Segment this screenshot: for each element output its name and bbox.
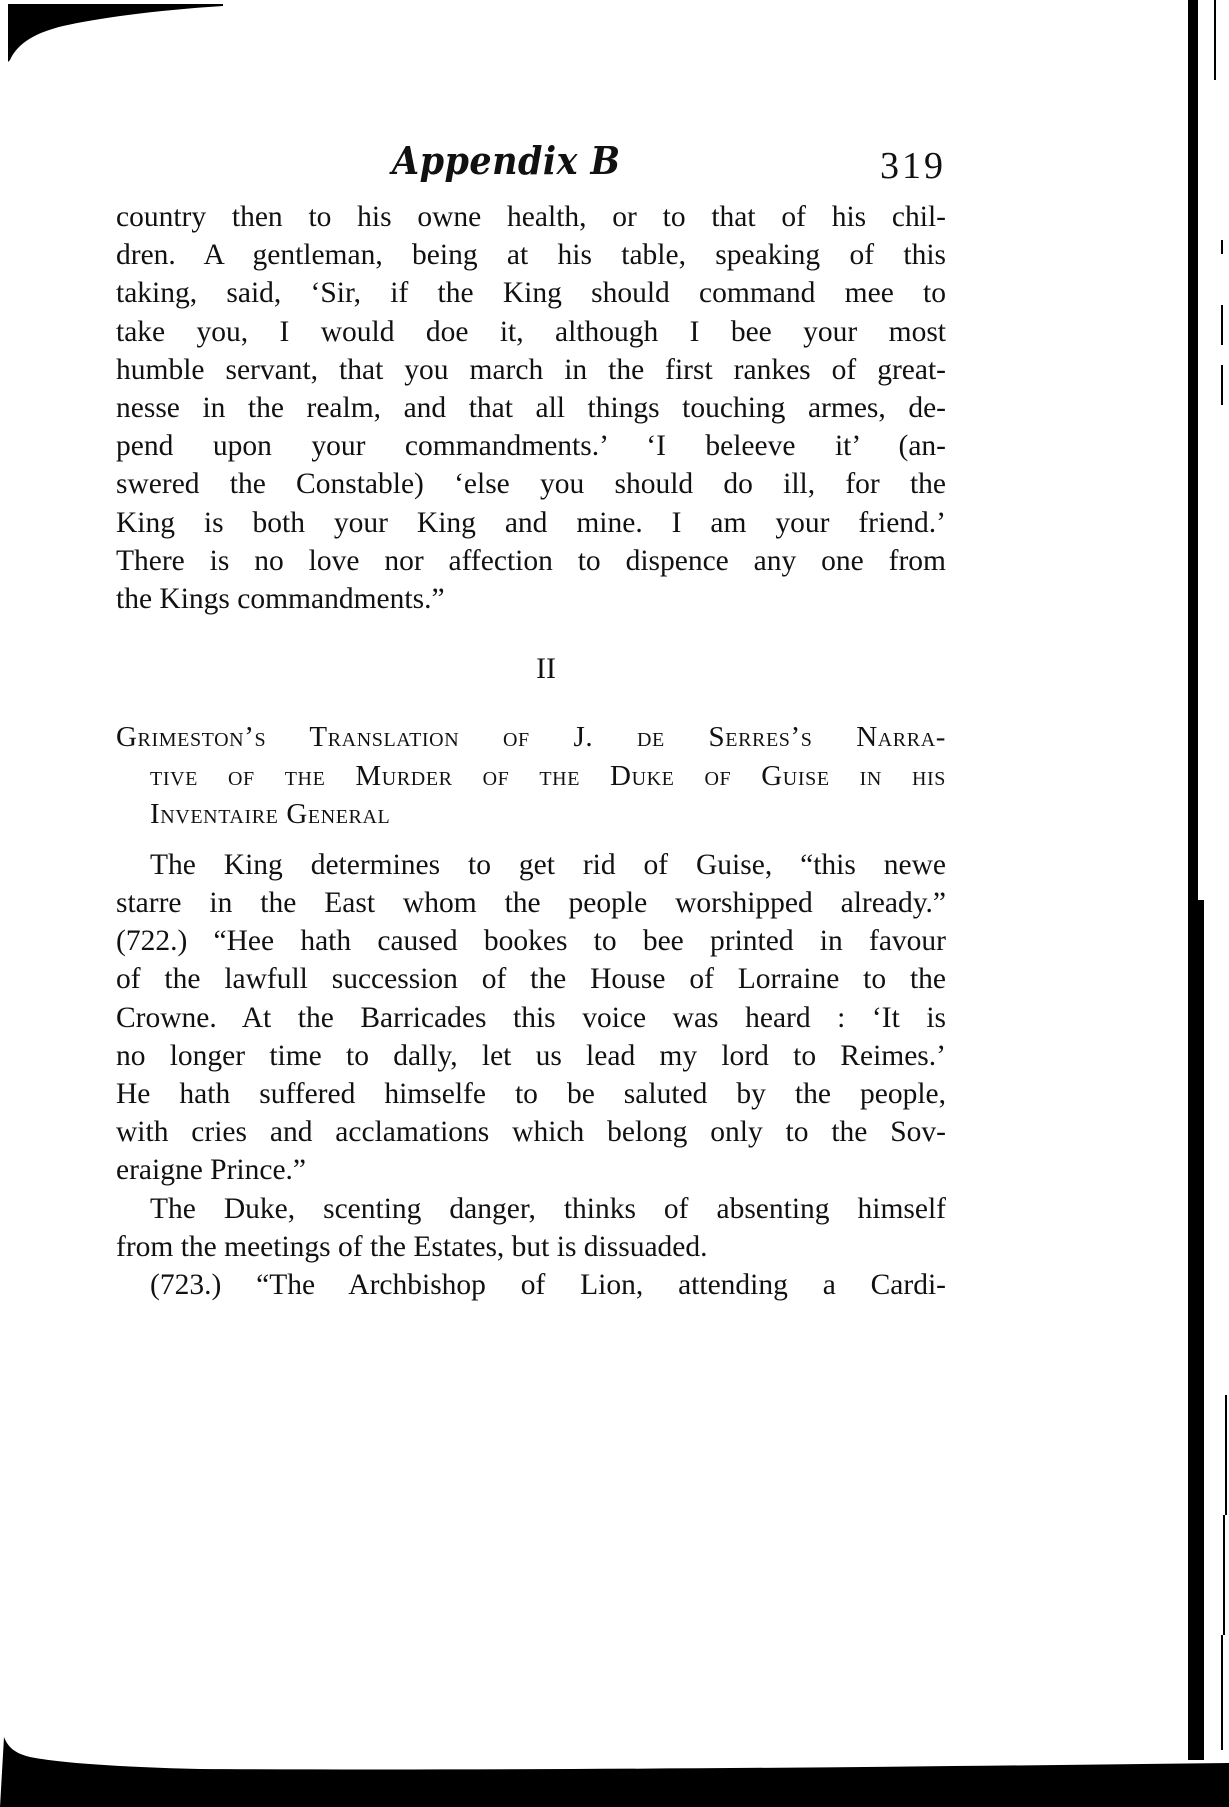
text-line: The Duke, scenting danger, thinks of abs… bbox=[116, 1190, 946, 1228]
continued-passage: country then to his owne health, or to t… bbox=[116, 198, 946, 618]
running-head: Appendix B 319 bbox=[116, 138, 946, 198]
text-line: Crowne. At the Barricades this voice was… bbox=[116, 999, 946, 1037]
paragraph: The Duke, scenting danger, thinks of abs… bbox=[116, 1190, 946, 1266]
book-page: Appendix B 319 country then to his owne … bbox=[116, 138, 946, 1304]
text-line: There is no love nor affection to dispen… bbox=[116, 542, 946, 580]
text-line: King is both your King and mine. I am yo… bbox=[116, 504, 946, 542]
scan-shadow-bottom-edge bbox=[0, 1737, 1229, 1807]
page-number: 319 bbox=[880, 144, 946, 188]
running-head-title: Appendix B bbox=[392, 138, 621, 183]
paragraph: The King determines to get rid of Guise,… bbox=[116, 846, 946, 1190]
text-line: (723.) “The Archbishop of Lion, attendin… bbox=[116, 1266, 946, 1304]
text-line: humble servant, that you march in the fi… bbox=[116, 351, 946, 389]
text-line: take you, I would doe it, although I bee… bbox=[116, 313, 946, 351]
scan-shadow-top-left bbox=[8, 4, 223, 62]
heading-line: Grimeston’s Translation of J. de Serres’… bbox=[116, 718, 946, 757]
scan-shadow-right-edge bbox=[1180, 0, 1229, 1807]
text-line: The King determines to get rid of Guise,… bbox=[116, 846, 946, 884]
text-line: nesse in the realm, and that all things … bbox=[116, 389, 946, 427]
section-body: The King determines to get rid of Guise,… bbox=[116, 846, 946, 1304]
section-number: II bbox=[116, 648, 946, 690]
text-line: country then to his owne health, or to t… bbox=[116, 198, 946, 236]
text-line: swered the Constable) ‘else you should d… bbox=[116, 465, 946, 503]
text-line: taking, said, ‘Sir, if the King should c… bbox=[116, 274, 946, 312]
text-line: eraigne Prince.” bbox=[116, 1151, 946, 1189]
text-line: no longer time to dally, let us lead my … bbox=[116, 1037, 946, 1075]
section-heading: Grimeston’s Translation of J. de Serres’… bbox=[116, 718, 946, 834]
heading-line: tive of the Murder of the Duke of Guise … bbox=[116, 757, 946, 796]
text-line: from the meetings of the Estates, but is… bbox=[116, 1228, 946, 1266]
text-line: dren. A gentleman, being at his table, s… bbox=[116, 236, 946, 274]
heading-line: Inventaire General bbox=[116, 795, 946, 834]
paragraph: (723.) “The Archbishop of Lion, attendin… bbox=[116, 1266, 946, 1304]
text-line: starre in the East whom the people worsh… bbox=[116, 884, 946, 922]
text-line: the Kings commandments.” bbox=[116, 580, 946, 618]
text-line: pend upon your commandments.’ ‘I beleeve… bbox=[116, 427, 946, 465]
text-line: He hath suffered himselfe to be saluted … bbox=[116, 1075, 946, 1113]
text-line: of the lawfull succession of the House o… bbox=[116, 960, 946, 998]
text-line: (722.) “Hee hath caused bookes to bee pr… bbox=[116, 922, 946, 960]
text-line: with cries and acclamations which belong… bbox=[116, 1113, 946, 1151]
